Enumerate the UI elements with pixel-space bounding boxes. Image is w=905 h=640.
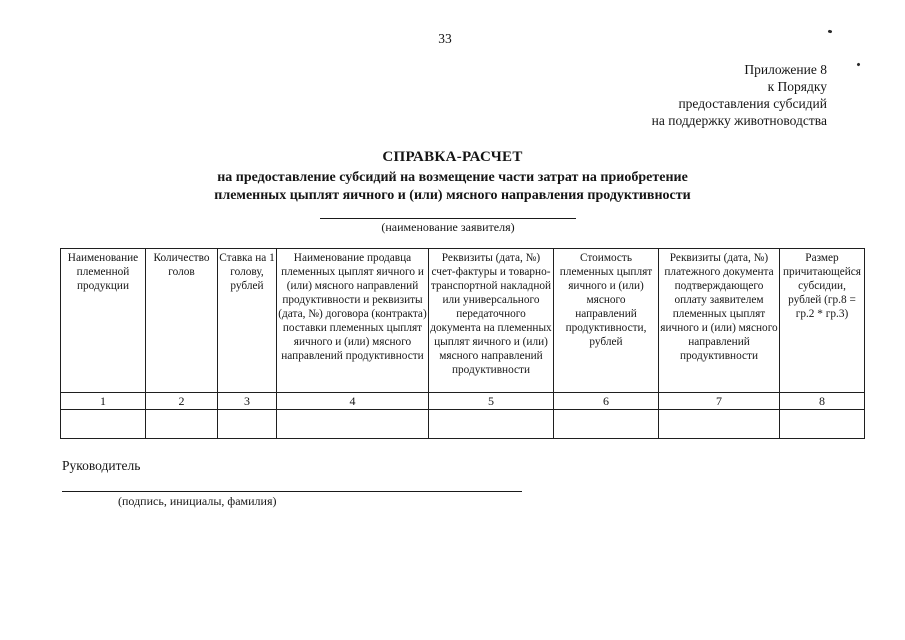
signature-blank-line: [62, 491, 522, 492]
empty-cell: [277, 410, 429, 439]
appendix-line: Приложение 8: [652, 61, 827, 78]
column-number: 3: [218, 393, 277, 410]
appendix-line: к Порядку: [652, 78, 827, 95]
applicant-name-blank-line: (наименование заявителя): [320, 218, 576, 235]
column-number: 7: [659, 393, 780, 410]
empty-cell: [659, 410, 780, 439]
empty-cell: [429, 410, 554, 439]
document-title-block: СПРАВКА-РАСЧЕТ на предоставление субсиди…: [0, 149, 905, 205]
subsidy-calculation-table: Наименование племенной продукции Количес…: [60, 248, 865, 439]
empty-cell: [780, 410, 865, 439]
applicant-name-caption: (наименование заявителя): [320, 219, 576, 235]
appendix-reference-block: Приложение 8 к Порядку предоставления су…: [652, 61, 827, 129]
header-cell-1: Наименование племенной продукции: [61, 249, 146, 393]
header-cell-5: Реквизиты (дата, №) счет-фактуры и товар…: [429, 249, 554, 393]
table-header-row: Наименование племенной продукции Количес…: [61, 249, 865, 393]
column-number: 2: [146, 393, 218, 410]
header-cell-8: Размер причитающейся субсидии, рублей (г…: [780, 249, 865, 393]
header-cell-7: Реквизиты (дата, №) платежного документа…: [659, 249, 780, 393]
empty-cell: [218, 410, 277, 439]
header-cell-2: Количество голов: [146, 249, 218, 393]
signatory-role-label: Руководитель: [62, 458, 140, 474]
column-number: 6: [554, 393, 659, 410]
header-cell-3: Ставка на 1 голову, рублей: [218, 249, 277, 393]
scan-speckle: [856, 62, 860, 66]
page-number: 33: [0, 31, 890, 47]
appendix-line: на поддержку животноводства: [652, 112, 827, 129]
empty-cell: [554, 410, 659, 439]
document-subtitle-line: на предоставление субсидий на возмещение…: [0, 169, 905, 187]
column-number: 8: [780, 393, 865, 410]
appendix-line: предоставления субсидий: [652, 95, 827, 112]
document-subtitle-line: племенных цыплят яичного и (или) мясного…: [0, 187, 905, 205]
document-title: СПРАВКА-РАСЧЕТ: [0, 149, 905, 166]
header-cell-6: Стоимость племенных цыплят яичного и (ил…: [554, 249, 659, 393]
column-number-row: 1 2 3 4 5 6 7 8: [61, 393, 865, 410]
column-number: 1: [61, 393, 146, 410]
header-cell-4: Наименование продавца племенных цыплят я…: [277, 249, 429, 393]
empty-cell: [146, 410, 218, 439]
column-number: 4: [277, 393, 429, 410]
column-number: 5: [429, 393, 554, 410]
empty-data-row: [61, 410, 865, 439]
signature-caption: (подпись, инициалы, фамилия): [118, 494, 276, 509]
empty-cell: [61, 410, 146, 439]
